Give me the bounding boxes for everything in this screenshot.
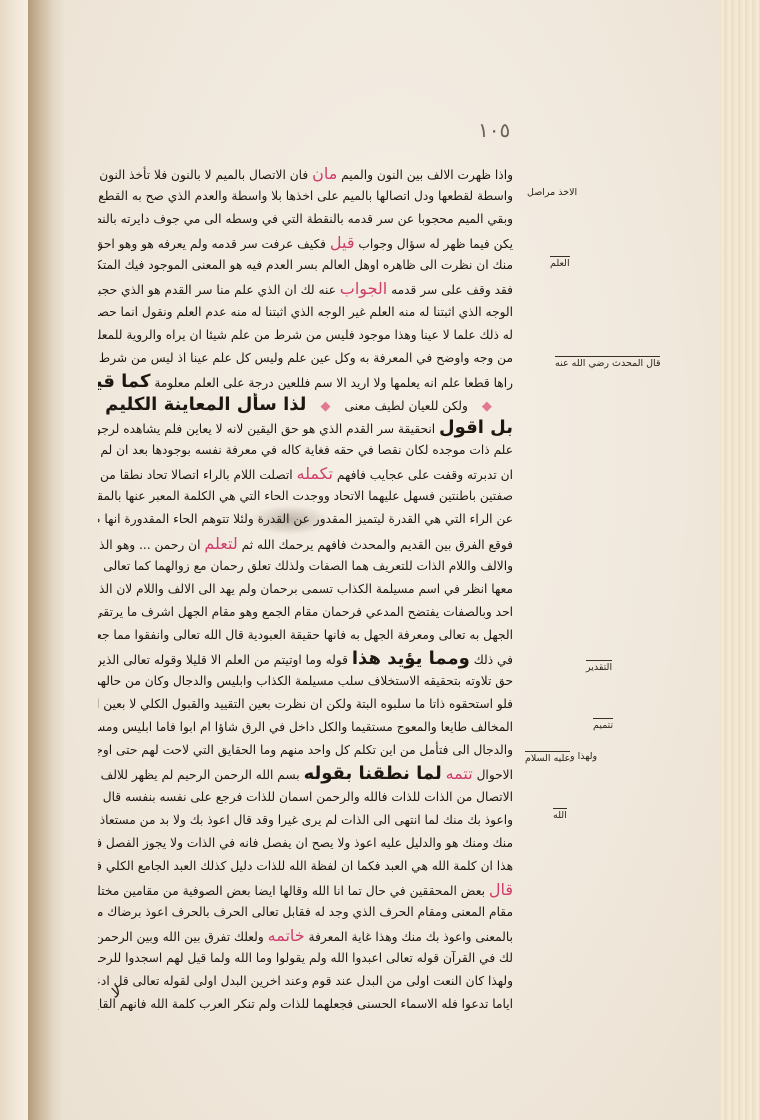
rubric-word: تتمه	[446, 764, 473, 783]
text-line: فوقع الفرق بين القديم والمحدث فافهم يرحم…	[98, 532, 513, 555]
section-heading: لما نطقنا بقوله	[304, 763, 442, 784]
text-line: ولهذا كان النعت اولى من البدل عند قوم وع…	[98, 970, 513, 993]
text-line: المخالف طايعا والمعوج مستقيما والكل داخل…	[98, 716, 513, 739]
text-line: احد وبالصفات يفتضح المدعي فرحمان مقام ال…	[98, 601, 513, 624]
text-segment: ولهذا كان النعت اولى من البدل عند قوم وع…	[98, 974, 513, 988]
text-segment: والالف واللام الذات للتعريف هما الصفات و…	[98, 559, 513, 573]
text-segment: الجهل به تعالى ومعرفة الجهل به فانها حقي…	[98, 628, 513, 642]
text-segment: بسم الله الرحمن الرحيم لم يظهر للالف وال…	[98, 768, 304, 782]
text-segment: علم ذات موجده لكان نقصا في حقه فغاية كال…	[98, 443, 513, 457]
verse-hemistich: ولكن للعيان لطيف معنى	[344, 399, 467, 413]
text-segment: منك ومنك هو والدليل عليه اعوذ ولا يصح ان…	[98, 836, 513, 850]
verse-mark-icon: ◆	[482, 399, 492, 414]
text-segment: واعوذ بك منك لما انتهى الى الذات لم يرى …	[98, 813, 513, 827]
text-segment: اتصلت اللام بالراء اتصالا تحاد نطقا من ح…	[98, 468, 297, 482]
text-segment: المخالف طايعا والمعوج مستقيما والكل داخل…	[98, 720, 513, 734]
text-line: الاحوال تتمه لما نطقنا بقوله بسم الله ال…	[98, 762, 513, 785]
rubric-word: الجواب	[340, 279, 387, 298]
text-line: له ذلك علما لا عينا وهذا موجود فليس من ش…	[98, 324, 513, 347]
rubric-word: لتعلم	[204, 534, 237, 553]
text-line: حق تلاوته بتحقيقه الاستخلاف سلب مسيلمة ا…	[98, 670, 513, 693]
text-line: معها انظر في اسم مسيلمة الكذاب تسمى برحم…	[98, 578, 513, 601]
section-heading: كما قيل	[98, 371, 150, 392]
text-segment: انحقيقة سر القدم الذي هو حق اليقين لانه …	[98, 422, 439, 436]
folio-number: ١٠٥	[478, 118, 510, 142]
text-line: راها قطعا علم انه يعلمها ولا اريد الا سم…	[98, 370, 513, 393]
text-segment: قوله وما اوتيتم من العلم الا قليلا وقوله…	[98, 653, 352, 667]
text-line: فقد وقف على سر قدمه الجواب عنه لك ان الذ…	[98, 277, 513, 300]
verse-hemistich: لذا سأل المعاينة الكليم	[105, 394, 306, 415]
text-segment: وبقي الميم محجوبا عن سر قدمه بالنقطة الت…	[98, 212, 513, 226]
text-line: علم ذات موجده لكان نقصا في حقه فغاية كال…	[98, 439, 513, 462]
text-segment: عن الراء التي هي القدرة ليتميز المقدور ع…	[98, 512, 513, 526]
text-line: وبقي الميم محجوبا عن سر قدمه بالنقطة الت…	[98, 208, 513, 231]
text-segment: مقام المعنى ومقام الحرف الذي وجد له فقاب…	[98, 905, 513, 919]
margin-note: ولهذا و	[570, 751, 597, 762]
rubric-word: قيل	[330, 233, 355, 252]
text-line: في ذلك ومما يؤيد هذا قوله وما اوتيتم من …	[98, 647, 513, 670]
rubric-word: تكمله	[297, 464, 333, 483]
text-segment: فوقع الفرق بين القديم والمحدث فافهم يرحم…	[238, 538, 513, 552]
text-line: لك في القرآن قوله تعالى اعبدوا الله ولم …	[98, 947, 513, 970]
text-segment: بالمعنى واعوذ بك منك وهذا غاية المعرفة	[305, 930, 513, 944]
text-line: يكن فيما ظهر له سؤال وجواب قيل فكيف عرفت…	[98, 231, 513, 254]
text-segment: احد وبالصفات يفتضح المدعي فرحمان مقام ال…	[98, 605, 513, 619]
text-segment: في ذلك	[470, 653, 513, 667]
text-segment: الوجه الذي اثبتنا له منه العلم غير الوجه…	[98, 305, 513, 319]
text-segment: راها قطعا علم انه يعلمها ولا اريد الا سم…	[150, 376, 513, 390]
text-segment: فان الاتصال بالميم لا بالنون فلا تأخذ ال…	[98, 168, 312, 182]
text-line: ◆ولكن للعيان لطيف معنى◆لذا سأل المعاينة …	[98, 393, 513, 416]
margin-note: التقدير	[586, 660, 612, 673]
text-line: اياما تدعوا فله الاسماء الحسنى فجعلهما ل…	[98, 993, 513, 1016]
binding-gutter-shadow	[28, 0, 64, 1120]
text-line: منك ومنك هو والدليل عليه اعوذ ولا يصح ان…	[98, 832, 513, 855]
margin-note: الاخذ مراصل	[527, 187, 577, 198]
text-segment: واسطة لقطعها ودل اتصالها بالميم على اخذه…	[98, 189, 513, 203]
text-segment: معها انظر في اسم مسيلمة الكذاب تسمى برحم…	[98, 582, 513, 596]
text-line: واذا ظهرت الالف بين النون والميم مان فان…	[98, 162, 513, 185]
text-segment: حق تلاوته بتحقيقه الاستخلاف سلب مسيلمة ا…	[98, 674, 513, 688]
text-segment: فلو استحقوه ذاتا ما سلبوه البتة ولكن ان …	[98, 697, 513, 711]
text-line: والالف واللام الذات للتعريف هما الصفات و…	[98, 555, 513, 578]
margin-note: الله	[553, 808, 567, 821]
text-line: فلو استحقوه ذاتا ما سلبوه البتة ولكن ان …	[98, 693, 513, 716]
text-line: والدجال الى فتأمل من اين تكلم كل واحد من…	[98, 739, 513, 762]
section-heading: ومما يؤيد هذا	[352, 648, 470, 669]
rubric-word: مان	[312, 164, 337, 183]
text-line: عن الراء التي هي القدرة ليتميز المقدور ع…	[98, 508, 513, 531]
margin-note: عليه السلام	[525, 751, 570, 764]
text-line: هذا ان كلمة الله هي العبد فكما ان لفظة ا…	[98, 855, 513, 878]
text-segment: صفتين باطنتين فسهل عليهما الاتحاد ووجدت …	[98, 489, 513, 503]
text-line: واسطة لقطعها ودل اتصالها بالميم على اخذه…	[98, 185, 513, 208]
text-line: منك ان نظرت الى ظاهره اوهل العالم بسر ال…	[98, 254, 513, 277]
text-line: الاتصال من الذات للذات فالله والرحمن اسم…	[98, 786, 513, 809]
text-segment: بعض المحققين في حال تما انا الله وقالها …	[98, 884, 489, 898]
text-line: الجهل به تعالى ومعرفة الجهل به فانها حقي…	[98, 624, 513, 647]
text-line: الوجه الذي اثبتنا له منه العلم غير الوجه…	[98, 301, 513, 324]
margin-note: قال المحدث رضي الله عنه	[555, 356, 660, 369]
text-segment: واذا ظهرت الالف بين النون والميم	[337, 168, 513, 182]
left-page-edge	[0, 0, 28, 1120]
verse-mark-icon: ◆	[320, 399, 330, 414]
text-line: واعوذ بك منك لما انتهى الى الذات لم يرى …	[98, 809, 513, 832]
text-line: صفتين باطنتين فسهل عليهما الاتحاد ووجدت …	[98, 485, 513, 508]
main-text-block: واذا ظهرت الالف بين النون والميم مان فان…	[98, 162, 513, 1016]
text-segment: لك في القرآن قوله تعالى اعبدوا الله ولم …	[98, 951, 513, 965]
text-line: مقام المعنى ومقام الحرف الذي وجد له فقاب…	[98, 901, 513, 924]
text-segment: منك ان نظرت الى ظاهره اوهل العالم بسر ال…	[98, 258, 513, 272]
text-segment: هذا ان كلمة الله هي العبد فكما ان لفظة ا…	[98, 859, 513, 873]
text-segment: من وجه واوضح في المعرفة به وكل عين علم و…	[98, 351, 513, 365]
rubric-word: خاتمه	[268, 926, 305, 945]
text-segment: ان تدبرته وقفت على عجايب فافهم	[333, 468, 513, 482]
text-segment: له ذلك علما لا عينا وهذا موجود فليس من ش…	[98, 328, 513, 342]
text-segment: فقد وقف على سر قدمه	[387, 283, 513, 297]
right-page-edges	[720, 0, 760, 1120]
margin-note: العلم	[550, 256, 570, 269]
section-heading: بل اقول	[439, 417, 513, 438]
text-line: من وجه واوضح في المعرفة به وكل عين علم و…	[98, 347, 513, 370]
text-segment: ان رحمن ... وهو الذات	[98, 538, 204, 552]
rubric-word: قال	[489, 880, 513, 899]
text-segment: يكن فيما ظهر له سؤال وجواب	[354, 237, 513, 251]
text-segment: اياما تدعوا فله الاسماء الحسنى فجعلهما ل…	[98, 997, 513, 1011]
text-segment: الاحوال	[473, 768, 513, 782]
text-segment: عنه لك ان الذي علم منا سر القدم هو الذي …	[98, 283, 340, 297]
margin-note: تتميم	[593, 718, 613, 731]
text-line: بل اقول انحقيقة سر القدم الذي هو حق اليق…	[98, 416, 513, 439]
text-segment: فكيف عرفت سر قدمه ولم يعرفه هو وهو احق ب…	[98, 237, 330, 251]
text-segment: ولعلك تفرق بين الله وبين الرحمن لما يعرض	[98, 930, 268, 944]
text-line: قال بعض المحققين في حال تما انا الله وقا…	[98, 878, 513, 901]
text-segment: الاتصال من الذات للذات فالله والرحمن اسم…	[98, 790, 513, 804]
text-line: ان تدبرته وقفت على عجايب فافهم تكمله اتص…	[98, 462, 513, 485]
text-line: بالمعنى واعوذ بك منك وهذا غاية المعرفة خ…	[98, 924, 513, 947]
text-segment: والدجال الى فتأمل من اين تكلم كل واحد من…	[98, 743, 513, 757]
